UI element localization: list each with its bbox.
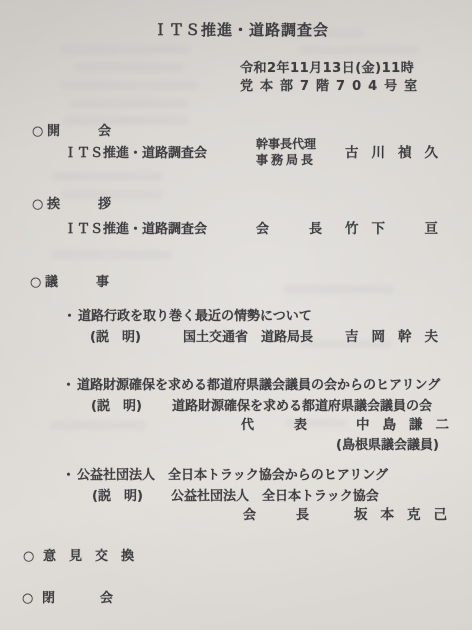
greeting-organization: ＩＴＳ推進・道路調査会 bbox=[64, 223, 207, 238]
bleed-through-artifact bbox=[300, 46, 418, 54]
agenda-item-3-speaker-role: 会長 bbox=[243, 509, 349, 524]
meeting-datetime: 令和2年11月13日(金)11時 bbox=[240, 62, 414, 77]
circle-marker: ○ bbox=[23, 550, 34, 565]
opening-speaker-role-line1: 幹事長代理 bbox=[256, 138, 316, 152]
agenda-item-3-topic: 公益社団法人 全日本トラック協会からのヒアリング bbox=[77, 469, 388, 484]
section-heading-exchange: 意見交換 bbox=[43, 550, 147, 565]
bleed-through-artifact bbox=[75, 63, 183, 72]
meeting-venue: 党本部7階704号室 bbox=[240, 80, 424, 95]
section-heading-greeting: 挨拶 bbox=[47, 198, 149, 213]
bullet-marker: ・ bbox=[62, 469, 75, 484]
bleed-through-artifact bbox=[60, 81, 198, 90]
opening-speaker-role-line2: 事務局長 bbox=[256, 154, 316, 168]
bleed-through-artifact bbox=[52, 250, 172, 259]
agenda-item-2-speaker-note: (島根県議会議員) bbox=[336, 439, 439, 454]
circle-marker: ○ bbox=[32, 198, 43, 213]
bullet-marker: ・ bbox=[62, 379, 75, 394]
agenda-item-1-presenter-org: 国土交通省 道路局長 bbox=[183, 331, 313, 346]
greeting-speaker-name: 竹下 亘 bbox=[345, 222, 451, 238]
opening-organization: ＩＴＳ推進・道路調査会 bbox=[64, 147, 207, 162]
section-heading-agenda: 議事 bbox=[45, 276, 147, 291]
bleed-through-artifact bbox=[70, 99, 188, 108]
agenda-item-1-topic: 道路行政を取り巻く最近の情勢について bbox=[78, 310, 312, 325]
section-heading-opening: 開会 bbox=[47, 125, 149, 140]
agenda-item-2-presenter-org: 道路財源確保を求める都道府県議会議員の会 bbox=[172, 400, 432, 415]
agenda-item-3-speaker-name: 坂本克己 bbox=[354, 508, 460, 524]
agenda-item-3-presenter-org: 公益社団法人 全日本トラック協会 bbox=[171, 490, 379, 505]
agenda-item-2-explain-label: (説 明) bbox=[91, 400, 142, 415]
agenda-item-2-speaker-role: 代表 bbox=[241, 419, 347, 434]
agenda-item-2-topic: 道路財源確保を求める都道府県議会議員の会からのヒアリング bbox=[77, 379, 440, 394]
opening-speaker-name: 古川禎久 bbox=[345, 146, 451, 162]
circle-marker: ○ bbox=[22, 592, 33, 607]
bullet-marker: ・ bbox=[63, 310, 76, 325]
circle-marker: ○ bbox=[32, 125, 43, 140]
agenda-item-2-speaker-name: 中島謙二 bbox=[356, 418, 462, 434]
agenda-item-3-explain-label: (説 明) bbox=[92, 490, 143, 505]
bleed-through-artifact bbox=[50, 421, 146, 430]
bleed-through-artifact bbox=[52, 172, 162, 181]
bleed-through-artifact bbox=[284, 285, 394, 294]
document-title: ＩＴＳ推進・道路調査会 bbox=[153, 22, 329, 39]
bleed-through-artifact bbox=[60, 45, 190, 54]
circle-marker: ○ bbox=[30, 276, 41, 291]
agenda-item-1-speaker-name: 吉岡幹夫 bbox=[345, 330, 451, 346]
document-page: ＩＴＳ推進・道路調査会 令和2年11月13日(金)11時 党本部7階704号室 … bbox=[0, 0, 472, 630]
agenda-item-1-explain-label: (説 明) bbox=[90, 331, 141, 346]
section-heading-closing: 閉会 bbox=[42, 592, 158, 607]
